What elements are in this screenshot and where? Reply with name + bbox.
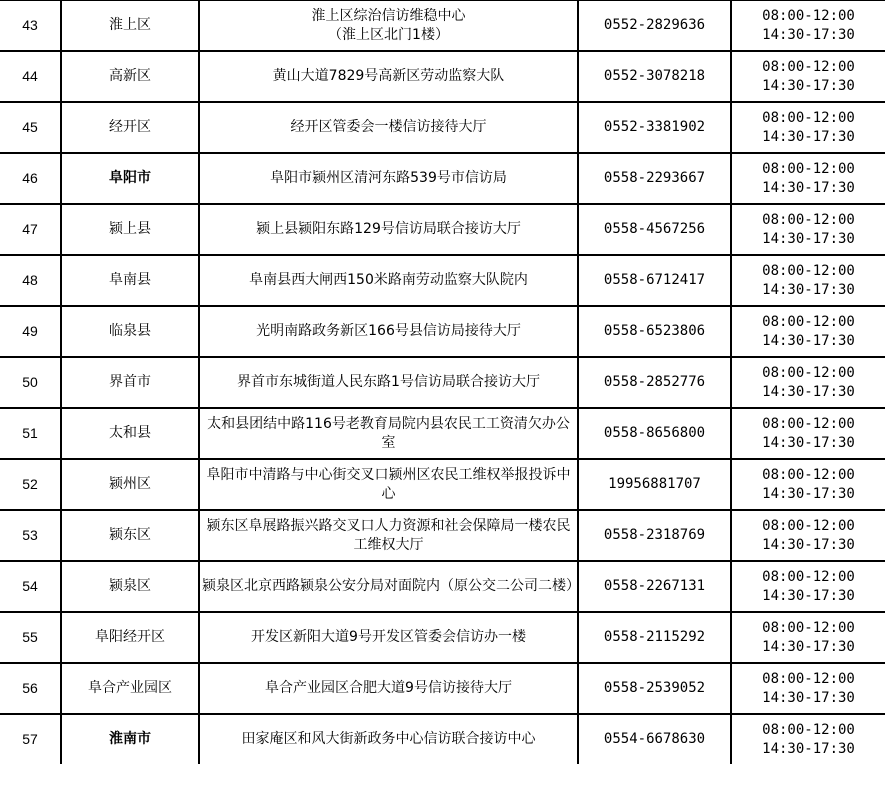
afternoon-hours: 14:30-17:30: [734, 179, 883, 198]
row-number-cell: 47: [0, 204, 61, 255]
phone-cell: 0558-8656800: [578, 408, 731, 459]
area-cell: 颍泉区: [61, 561, 199, 612]
address-cell: 太和县团结中路116号老教育局院内县农民工工资清欠办公室: [199, 408, 578, 459]
area-cell: 界首市: [61, 357, 199, 408]
address-cell: 阜南县西大闸西150米路南劳动监察大队院内: [199, 255, 578, 306]
phone-cell: 0558-6712417: [578, 255, 731, 306]
address-cell: 经开区管委会一楼信访接待大厅: [199, 102, 578, 153]
afternoon-hours: 14:30-17:30: [734, 230, 883, 249]
area-cell: 阜南县: [61, 255, 199, 306]
table-row: 53 颍东区 颍东区阜展路振兴路交叉口人力资源和社会保障局一楼农民工维权大厅 0…: [0, 510, 885, 561]
area-cell: 颍州区: [61, 459, 199, 510]
phone-cell: 0558-2539052: [578, 663, 731, 714]
address-cell: 光明南路政务新区166号县信访局接待大厅: [199, 306, 578, 357]
table-row: 57 淮南市 田家庵区和风大街新政务中心信访联合接访中心 0554-667863…: [0, 714, 885, 764]
phone-cell: 19956881707: [578, 459, 731, 510]
afternoon-hours: 14:30-17:30: [734, 740, 883, 759]
row-number-cell: 50: [0, 357, 61, 408]
table-row: 56 阜合产业园区 阜合产业园区合肥大道9号信访接待大厅 0558-253905…: [0, 663, 885, 714]
address-cell: 田家庵区和风大街新政务中心信访联合接访中心: [199, 714, 578, 764]
phone-cell: 0554-6678630: [578, 714, 731, 764]
address-cell: 颍上县颍阳东路129号信访局联合接访大厅: [199, 204, 578, 255]
morning-hours: 08:00-12:00: [734, 7, 883, 26]
area-cell: 阜阳经开区: [61, 612, 199, 663]
hours-cell: 08:00-12:00 14:30-17:30: [731, 0, 885, 51]
phone-cell: 0558-2267131: [578, 561, 731, 612]
area-cell: 颍上县: [61, 204, 199, 255]
area-cell: 淮南市: [61, 714, 199, 764]
afternoon-hours: 14:30-17:30: [734, 332, 883, 351]
area-cell: 临泉县: [61, 306, 199, 357]
morning-hours: 08:00-12:00: [734, 262, 883, 281]
table-row: 49 临泉县 光明南路政务新区166号县信访局接待大厅 0558-6523806…: [0, 306, 885, 357]
phone-cell: 0558-2852776: [578, 357, 731, 408]
area-cell: 高新区: [61, 51, 199, 102]
hours-cell: 08:00-12:00 14:30-17:30: [731, 510, 885, 561]
table-row: 43 淮上区 淮上区综治信访维稳中心（淮上区北门1楼） 0552-2829636…: [0, 0, 885, 51]
hours-cell: 08:00-12:00 14:30-17:30: [731, 306, 885, 357]
morning-hours: 08:00-12:00: [734, 466, 883, 485]
row-number-cell: 49: [0, 306, 61, 357]
area-cell: 颍东区: [61, 510, 199, 561]
hours-cell: 08:00-12:00 14:30-17:30: [731, 204, 885, 255]
address-cell: 阜合产业园区合肥大道9号信访接待大厅: [199, 663, 578, 714]
afternoon-hours: 14:30-17:30: [734, 689, 883, 708]
afternoon-hours: 14:30-17:30: [734, 383, 883, 402]
morning-hours: 08:00-12:00: [734, 313, 883, 332]
address-cell: 颍东区阜展路振兴路交叉口人力资源和社会保障局一楼农民工维权大厅: [199, 510, 578, 561]
hours-cell: 08:00-12:00 14:30-17:30: [731, 255, 885, 306]
afternoon-hours: 14:30-17:30: [734, 281, 883, 300]
area-cell: 淮上区: [61, 0, 199, 51]
table-row: 55 阜阳经开区 开发区新阳大道9号开发区管委会信访办一楼 0558-21152…: [0, 612, 885, 663]
afternoon-hours: 14:30-17:30: [734, 587, 883, 606]
table-body: 43 淮上区 淮上区综治信访维稳中心（淮上区北门1楼） 0552-2829636…: [0, 0, 885, 764]
morning-hours: 08:00-12:00: [734, 415, 883, 434]
phone-cell: 0552-3381902: [578, 102, 731, 153]
table-row: 45 经开区 经开区管委会一楼信访接待大厅 0552-3381902 08:00…: [0, 102, 885, 153]
table-row: 44 高新区 黄山大道7829号高新区劳动监察大队 0552-3078218 0…: [0, 51, 885, 102]
area-cell: 经开区: [61, 102, 199, 153]
afternoon-hours: 14:30-17:30: [734, 485, 883, 504]
row-number-cell: 57: [0, 714, 61, 764]
afternoon-hours: 14:30-17:30: [734, 128, 883, 147]
phone-cell: 0558-6523806: [578, 306, 731, 357]
afternoon-hours: 14:30-17:30: [734, 536, 883, 555]
phone-cell: 0558-2115292: [578, 612, 731, 663]
row-number-cell: 45: [0, 102, 61, 153]
hours-cell: 08:00-12:00 14:30-17:30: [731, 663, 885, 714]
address-cell: 阜阳市颍州区清河东路539号市信访局: [199, 153, 578, 204]
area-cell: 阜阳市: [61, 153, 199, 204]
area-cell: 太和县: [61, 408, 199, 459]
row-number-cell: 53: [0, 510, 61, 561]
afternoon-hours: 14:30-17:30: [734, 77, 883, 96]
phone-cell: 0552-2829636: [578, 0, 731, 51]
table-row: 46 阜阳市 阜阳市颍州区清河东路539号市信访局 0558-2293667 0…: [0, 153, 885, 204]
phone-cell: 0558-4567256: [578, 204, 731, 255]
row-number-cell: 52: [0, 459, 61, 510]
afternoon-hours: 14:30-17:30: [734, 638, 883, 657]
address-cell: 阜阳市中清路与中心街交叉口颍州区农民工维权举报投诉中心: [199, 459, 578, 510]
row-number-cell: 46: [0, 153, 61, 204]
table-row: 47 颍上县 颍上县颍阳东路129号信访局联合接访大厅 0558-4567256…: [0, 204, 885, 255]
afternoon-hours: 14:30-17:30: [734, 434, 883, 453]
phone-cell: 0558-2318769: [578, 510, 731, 561]
morning-hours: 08:00-12:00: [734, 364, 883, 383]
hours-cell: 08:00-12:00 14:30-17:30: [731, 561, 885, 612]
table-row: 48 阜南县 阜南县西大闸西150米路南劳动监察大队院内 0558-671241…: [0, 255, 885, 306]
hours-cell: 08:00-12:00 14:30-17:30: [731, 51, 885, 102]
afternoon-hours: 14:30-17:30: [734, 26, 883, 45]
morning-hours: 08:00-12:00: [734, 109, 883, 128]
row-number-cell: 48: [0, 255, 61, 306]
hours-cell: 08:00-12:00 14:30-17:30: [731, 153, 885, 204]
address-cell: 开发区新阳大道9号开发区管委会信访办一楼: [199, 612, 578, 663]
morning-hours: 08:00-12:00: [734, 58, 883, 77]
row-number-cell: 44: [0, 51, 61, 102]
address-cell: 黄山大道7829号高新区劳动监察大队: [199, 51, 578, 102]
hours-cell: 08:00-12:00 14:30-17:30: [731, 102, 885, 153]
address-cell: 界首市东城街道人民东路1号信访局联合接访大厅: [199, 357, 578, 408]
morning-hours: 08:00-12:00: [734, 568, 883, 587]
hours-cell: 08:00-12:00 14:30-17:30: [731, 408, 885, 459]
phone-cell: 0552-3078218: [578, 51, 731, 102]
row-number-cell: 55: [0, 612, 61, 663]
row-number-cell: 54: [0, 561, 61, 612]
row-number-cell: 56: [0, 663, 61, 714]
phone-cell: 0558-2293667: [578, 153, 731, 204]
row-number-cell: 51: [0, 408, 61, 459]
morning-hours: 08:00-12:00: [734, 211, 883, 230]
morning-hours: 08:00-12:00: [734, 517, 883, 536]
morning-hours: 08:00-12:00: [734, 670, 883, 689]
hours-cell: 08:00-12:00 14:30-17:30: [731, 357, 885, 408]
table-row: 51 太和县 太和县团结中路116号老教育局院内县农民工工资清欠办公室 0558…: [0, 408, 885, 459]
morning-hours: 08:00-12:00: [734, 619, 883, 638]
table-row: 52 颍州区 阜阳市中清路与中心街交叉口颍州区农民工维权举报投诉中心 19956…: [0, 459, 885, 510]
hours-cell: 08:00-12:00 14:30-17:30: [731, 612, 885, 663]
address-cell: 淮上区综治信访维稳中心（淮上区北门1楼）: [199, 0, 578, 51]
hours-cell: 08:00-12:00 14:30-17:30: [731, 459, 885, 510]
morning-hours: 08:00-12:00: [734, 160, 883, 179]
table-row: 50 界首市 界首市东城街道人民东路1号信访局联合接访大厅 0558-28527…: [0, 357, 885, 408]
hours-cell: 08:00-12:00 14:30-17:30: [731, 714, 885, 764]
row-number-cell: 43: [0, 0, 61, 51]
petition-office-table: 43 淮上区 淮上区综治信访维稳中心（淮上区北门1楼） 0552-2829636…: [0, 0, 885, 764]
table-row: 54 颍泉区 颍泉区北京西路颍泉公安分局对面院内（原公交二公司二楼） 0558-…: [0, 561, 885, 612]
morning-hours: 08:00-12:00: [734, 721, 883, 740]
area-cell: 阜合产业园区: [61, 663, 199, 714]
address-cell: 颍泉区北京西路颍泉公安分局对面院内（原公交二公司二楼）: [199, 561, 578, 612]
